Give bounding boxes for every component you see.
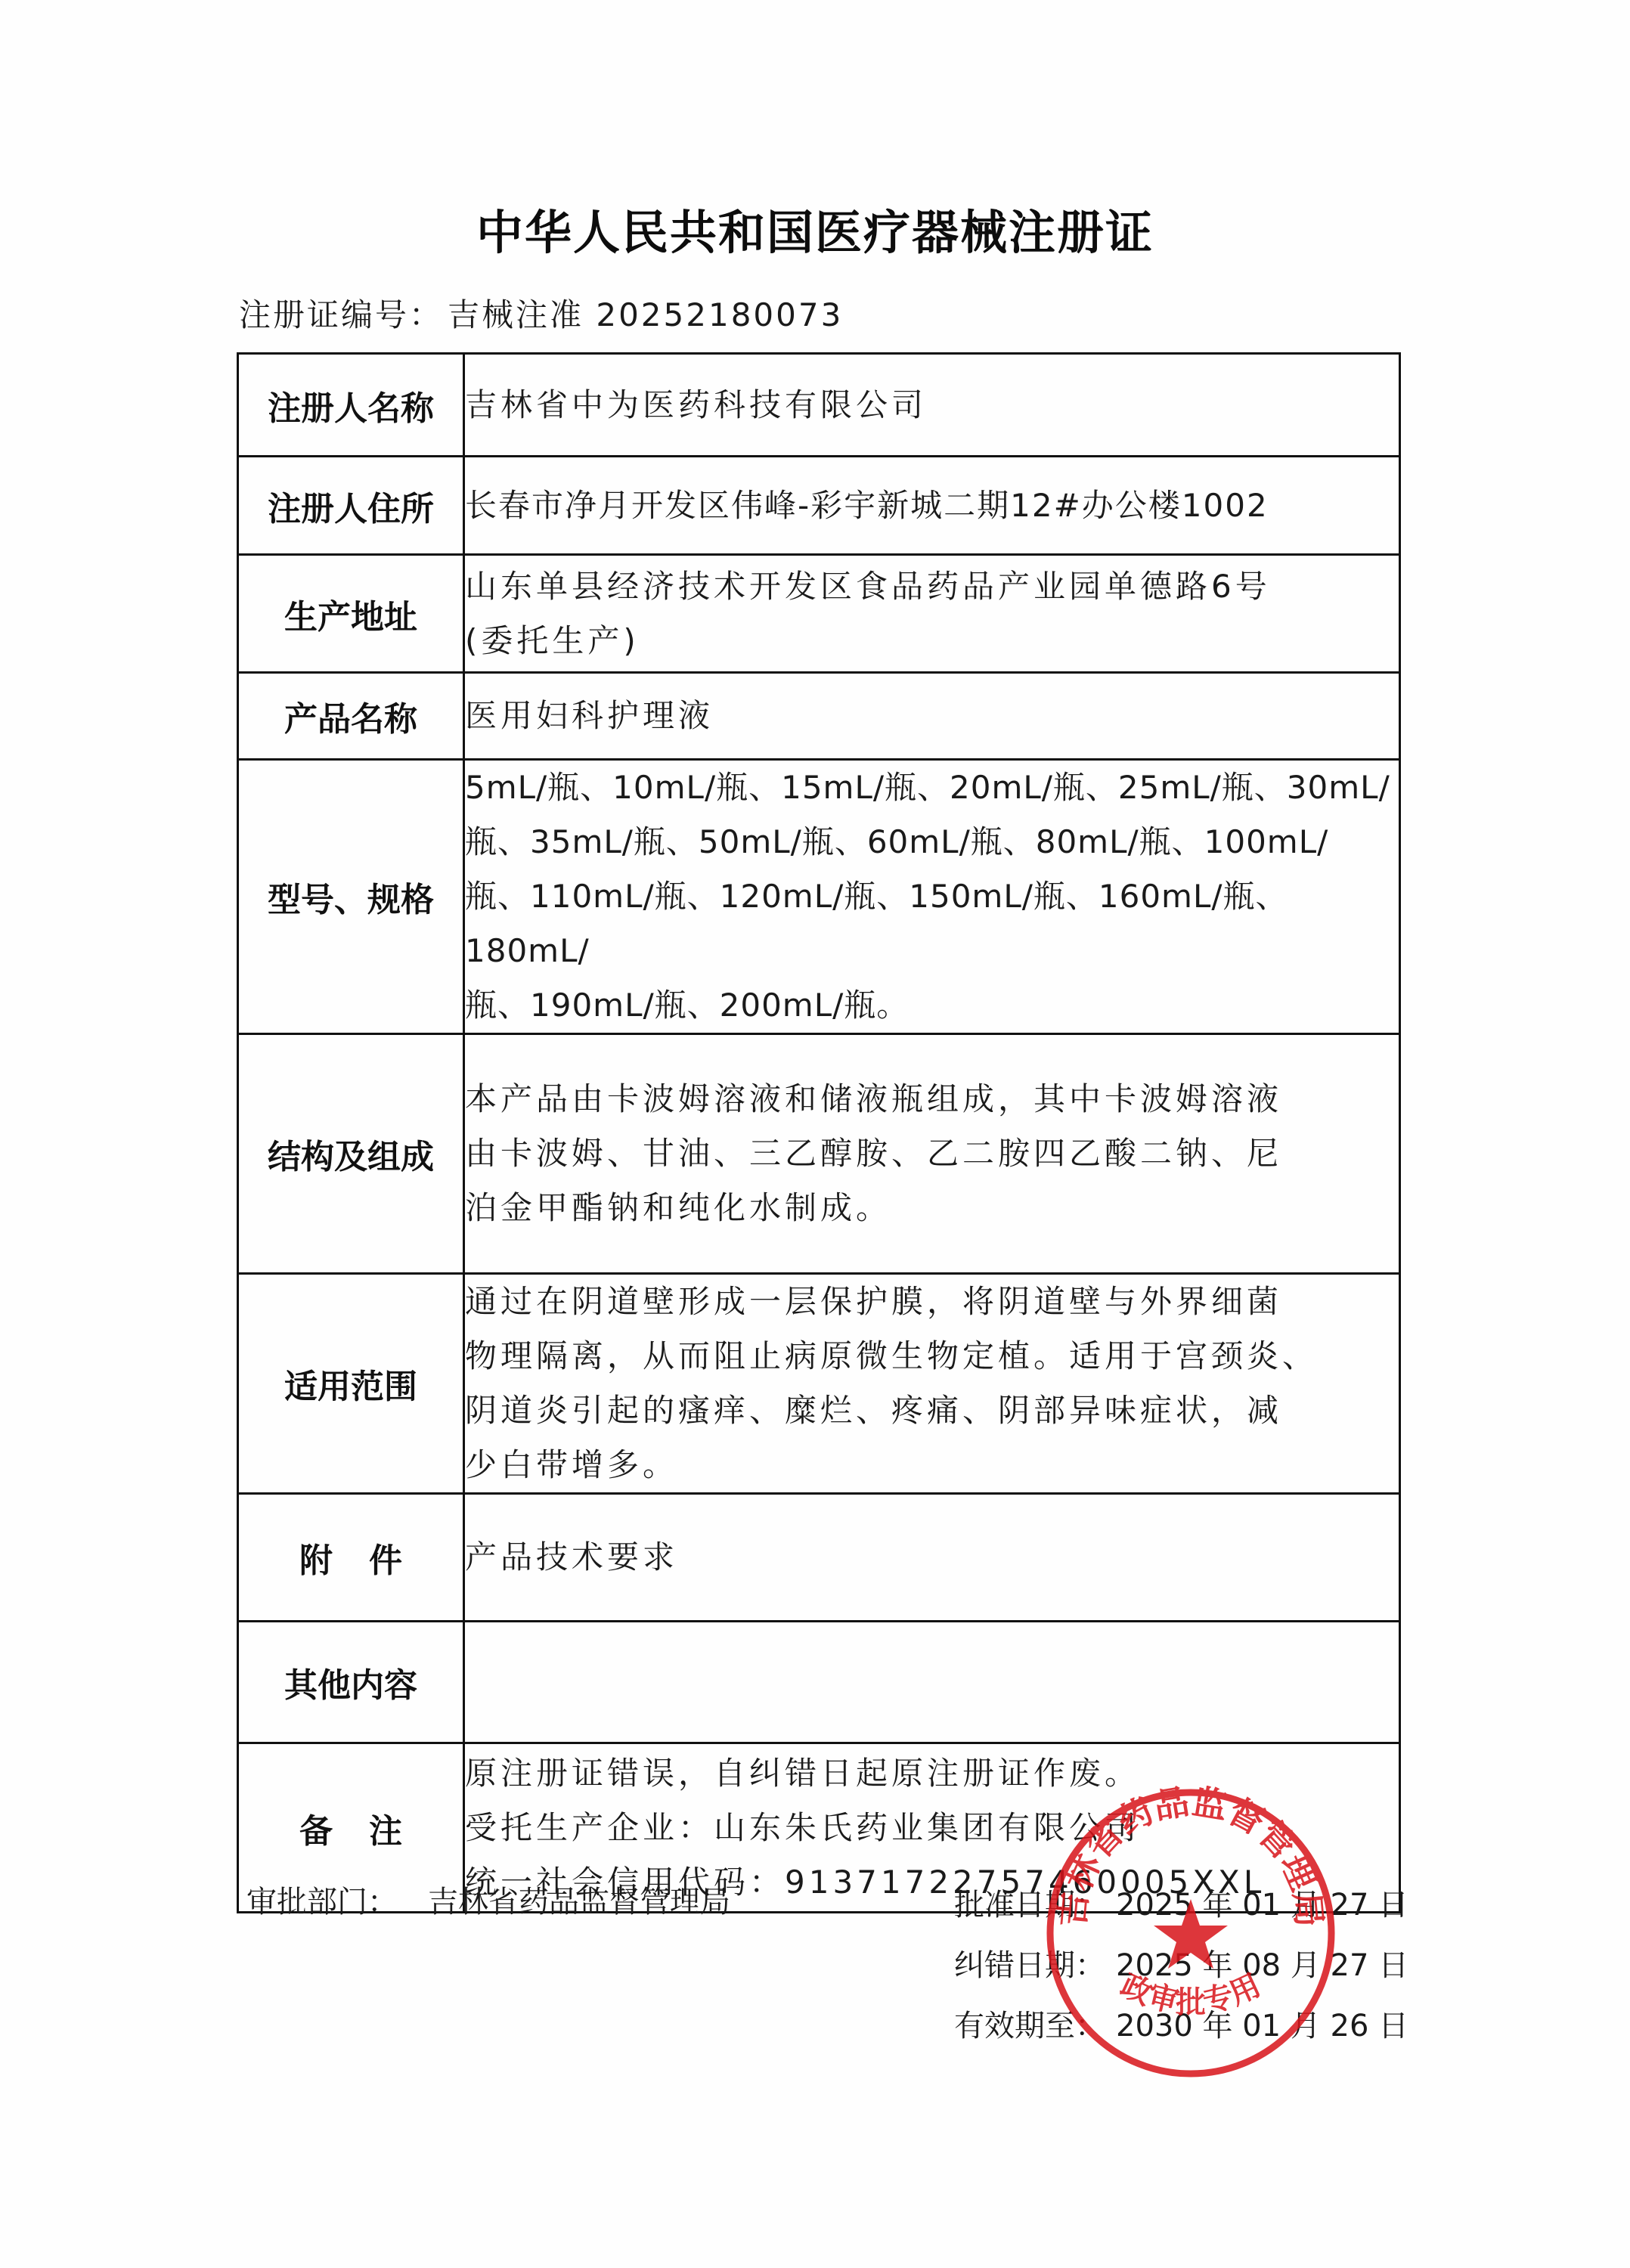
row-value: 5mL/瓶、10mL/瓶、15mL/瓶、20mL/瓶、25mL/瓶、30mL/ … (464, 760, 1400, 1034)
approval-department-label: 审批部门： (246, 1885, 398, 1919)
registration-number-label: 注册证编号： (239, 296, 443, 333)
row-value: 产品技术要求 (464, 1494, 1400, 1622)
approval-date: 批准日期：2025 年 01 月 27 日 (954, 1875, 1408, 1935)
value-line: 少白带增多。 (465, 1438, 1399, 1492)
table-row-model-spec: 型号、规格 5mL/瓶、10mL/瓶、15mL/瓶、20mL/瓶、25mL/瓶、… (238, 760, 1400, 1034)
row-value: 本产品由卡波姆溶液和储液瓶组成，其中卡波姆溶液 由卡波姆、甘油、三乙醇胺、乙二胺… (464, 1034, 1400, 1274)
value-line: 瓶、35mL/瓶、50mL/瓶、60mL/瓶、80mL/瓶、100mL/ (465, 815, 1399, 869)
table-row-other: 其他内容 (238, 1622, 1400, 1743)
valid-until: 有效期至：2030 年 01 月 26 日 (954, 1996, 1408, 2056)
value-line: 阴道炎引起的瘙痒、糜烂、疼痛、阴部异味症状，减 (465, 1383, 1399, 1438)
row-label: 注册人住所 (238, 457, 464, 555)
table-row-structure: 结构及组成 本产品由卡波姆溶液和储液瓶组成，其中卡波姆溶液 由卡波姆、甘油、三乙… (238, 1034, 1400, 1274)
approval-department: 审批部门：吉林省药品监督管理局 (246, 1878, 730, 1921)
dates-block: 批准日期：2025 年 01 月 27 日 纠错日期：2025 年 08 月 2… (954, 1875, 1408, 2056)
value-line: 产品技术要求 (465, 1530, 1399, 1585)
value-line: 受托生产企业：山东朱氏药业集团有限公司 (465, 1801, 1399, 1855)
correction-date: 纠错日期：2025 年 08 月 27 日 (954, 1935, 1408, 1996)
table-row-product-name: 产品名称 医用妇科护理液 (238, 673, 1400, 760)
valid-until-value: 2030 年 01 月 26 日 (1116, 2009, 1408, 2043)
row-label: 生产地址 (238, 555, 464, 673)
correction-date-label: 纠错日期： (954, 1948, 1105, 1983)
row-label: 其他内容 (238, 1622, 464, 1743)
table-row-registrant-name: 注册人名称 吉林省中为医药科技有限公司 (238, 354, 1400, 457)
value-line: 泊金甲酯钠和纯化水制成。 (465, 1181, 1399, 1235)
row-label: 附件 (238, 1494, 464, 1622)
approval-date-label: 批准日期： (954, 1888, 1105, 1923)
value-line: 由卡波姆、甘油、三乙醇胺、乙二胺四乙酸二钠、尼 (465, 1126, 1399, 1181)
certificate-page: 中华人民共和国医疗器械注册证 注册证编号：吉械注准 20252180073 注册… (0, 0, 1630, 2268)
value-line: 物理隔离，从而阻止病原微生物定植。适用于宫颈炎、 (465, 1329, 1399, 1383)
table-row-registrant-address: 注册人住所 长春市净月开发区伟峰-彩宇新城二期12#办公楼1002 (238, 457, 1400, 555)
row-label-text: 附件 (263, 1541, 438, 1580)
value-line: 吉林省中为医药科技有限公司 (465, 378, 1399, 432)
valid-until-label: 有效期至： (954, 2009, 1105, 2043)
value-line: (委托生产) (465, 614, 1399, 668)
value-line: 山东单县经济技术开发区食品药品产业园单德路6号 (465, 559, 1399, 614)
table-row-attachment: 附件 产品技术要求 (238, 1494, 1400, 1622)
row-value: 山东单县经济技术开发区食品药品产业园单德路6号 (委托生产) (464, 555, 1400, 673)
approval-department-value: 吉林省药品监督管理局 (428, 1885, 730, 1919)
row-label: 注册人名称 (238, 354, 464, 457)
row-value: 通过在阴道壁形成一层保护膜，将阴道壁与外界细菌 物理隔离，从而阻止病原微生物定植… (464, 1274, 1400, 1494)
row-label-text: 备注 (263, 1812, 438, 1851)
value-line: 医用妇科护理液 (465, 689, 1399, 743)
row-label: 适用范围 (238, 1274, 464, 1494)
value-line: 瓶、110mL/瓶、120mL/瓶、150mL/瓶、160mL/瓶、180mL/ (465, 869, 1399, 978)
approval-date-value: 2025 年 01 月 27 日 (1116, 1888, 1408, 1923)
row-value: 长春市净月开发区伟峰-彩宇新城二期12#办公楼1002 (464, 457, 1400, 555)
certificate-table: 注册人名称 吉林省中为医药科技有限公司 注册人住所 长春市净月开发区伟峰-彩宇新… (237, 352, 1401, 1913)
value-line: 原注册证错误，自纠错日起原注册证作废。 (465, 1746, 1399, 1801)
document-title: 中华人民共和国医疗器械注册证 (0, 195, 1630, 262)
registration-number-value: 吉械注准 20252180073 (448, 296, 843, 333)
value-line: 本产品由卡波姆溶液和储液瓶组成，其中卡波姆溶液 (465, 1072, 1399, 1126)
value-line: 通过在阴道壁形成一层保护膜，将阴道壁与外界细菌 (465, 1275, 1399, 1329)
table-row-production-address: 生产地址 山东单县经济技术开发区食品药品产业园单德路6号 (委托生产) (238, 555, 1400, 673)
row-label: 结构及组成 (238, 1034, 464, 1274)
row-value (464, 1622, 1400, 1743)
value-line: 长春市净月开发区伟峰-彩宇新城二期12#办公楼1002 (465, 479, 1399, 533)
value-line: 瓶、190mL/瓶、200mL/瓶。 (465, 978, 1399, 1033)
correction-date-value: 2025 年 08 月 27 日 (1116, 1948, 1408, 1983)
row-value: 医用妇科护理液 (464, 673, 1400, 760)
registration-number: 注册证编号：吉械注准 20252180073 (239, 290, 843, 336)
row-label: 型号、规格 (238, 760, 464, 1034)
row-value: 吉林省中为医药科技有限公司 (464, 354, 1400, 457)
row-label: 产品名称 (238, 673, 464, 760)
table-row-scope: 适用范围 通过在阴道壁形成一层保护膜，将阴道壁与外界细菌 物理隔离，从而阻止病原… (238, 1274, 1400, 1494)
value-line: 5mL/瓶、10mL/瓶、15mL/瓶、20mL/瓶、25mL/瓶、30mL/ (465, 761, 1399, 815)
